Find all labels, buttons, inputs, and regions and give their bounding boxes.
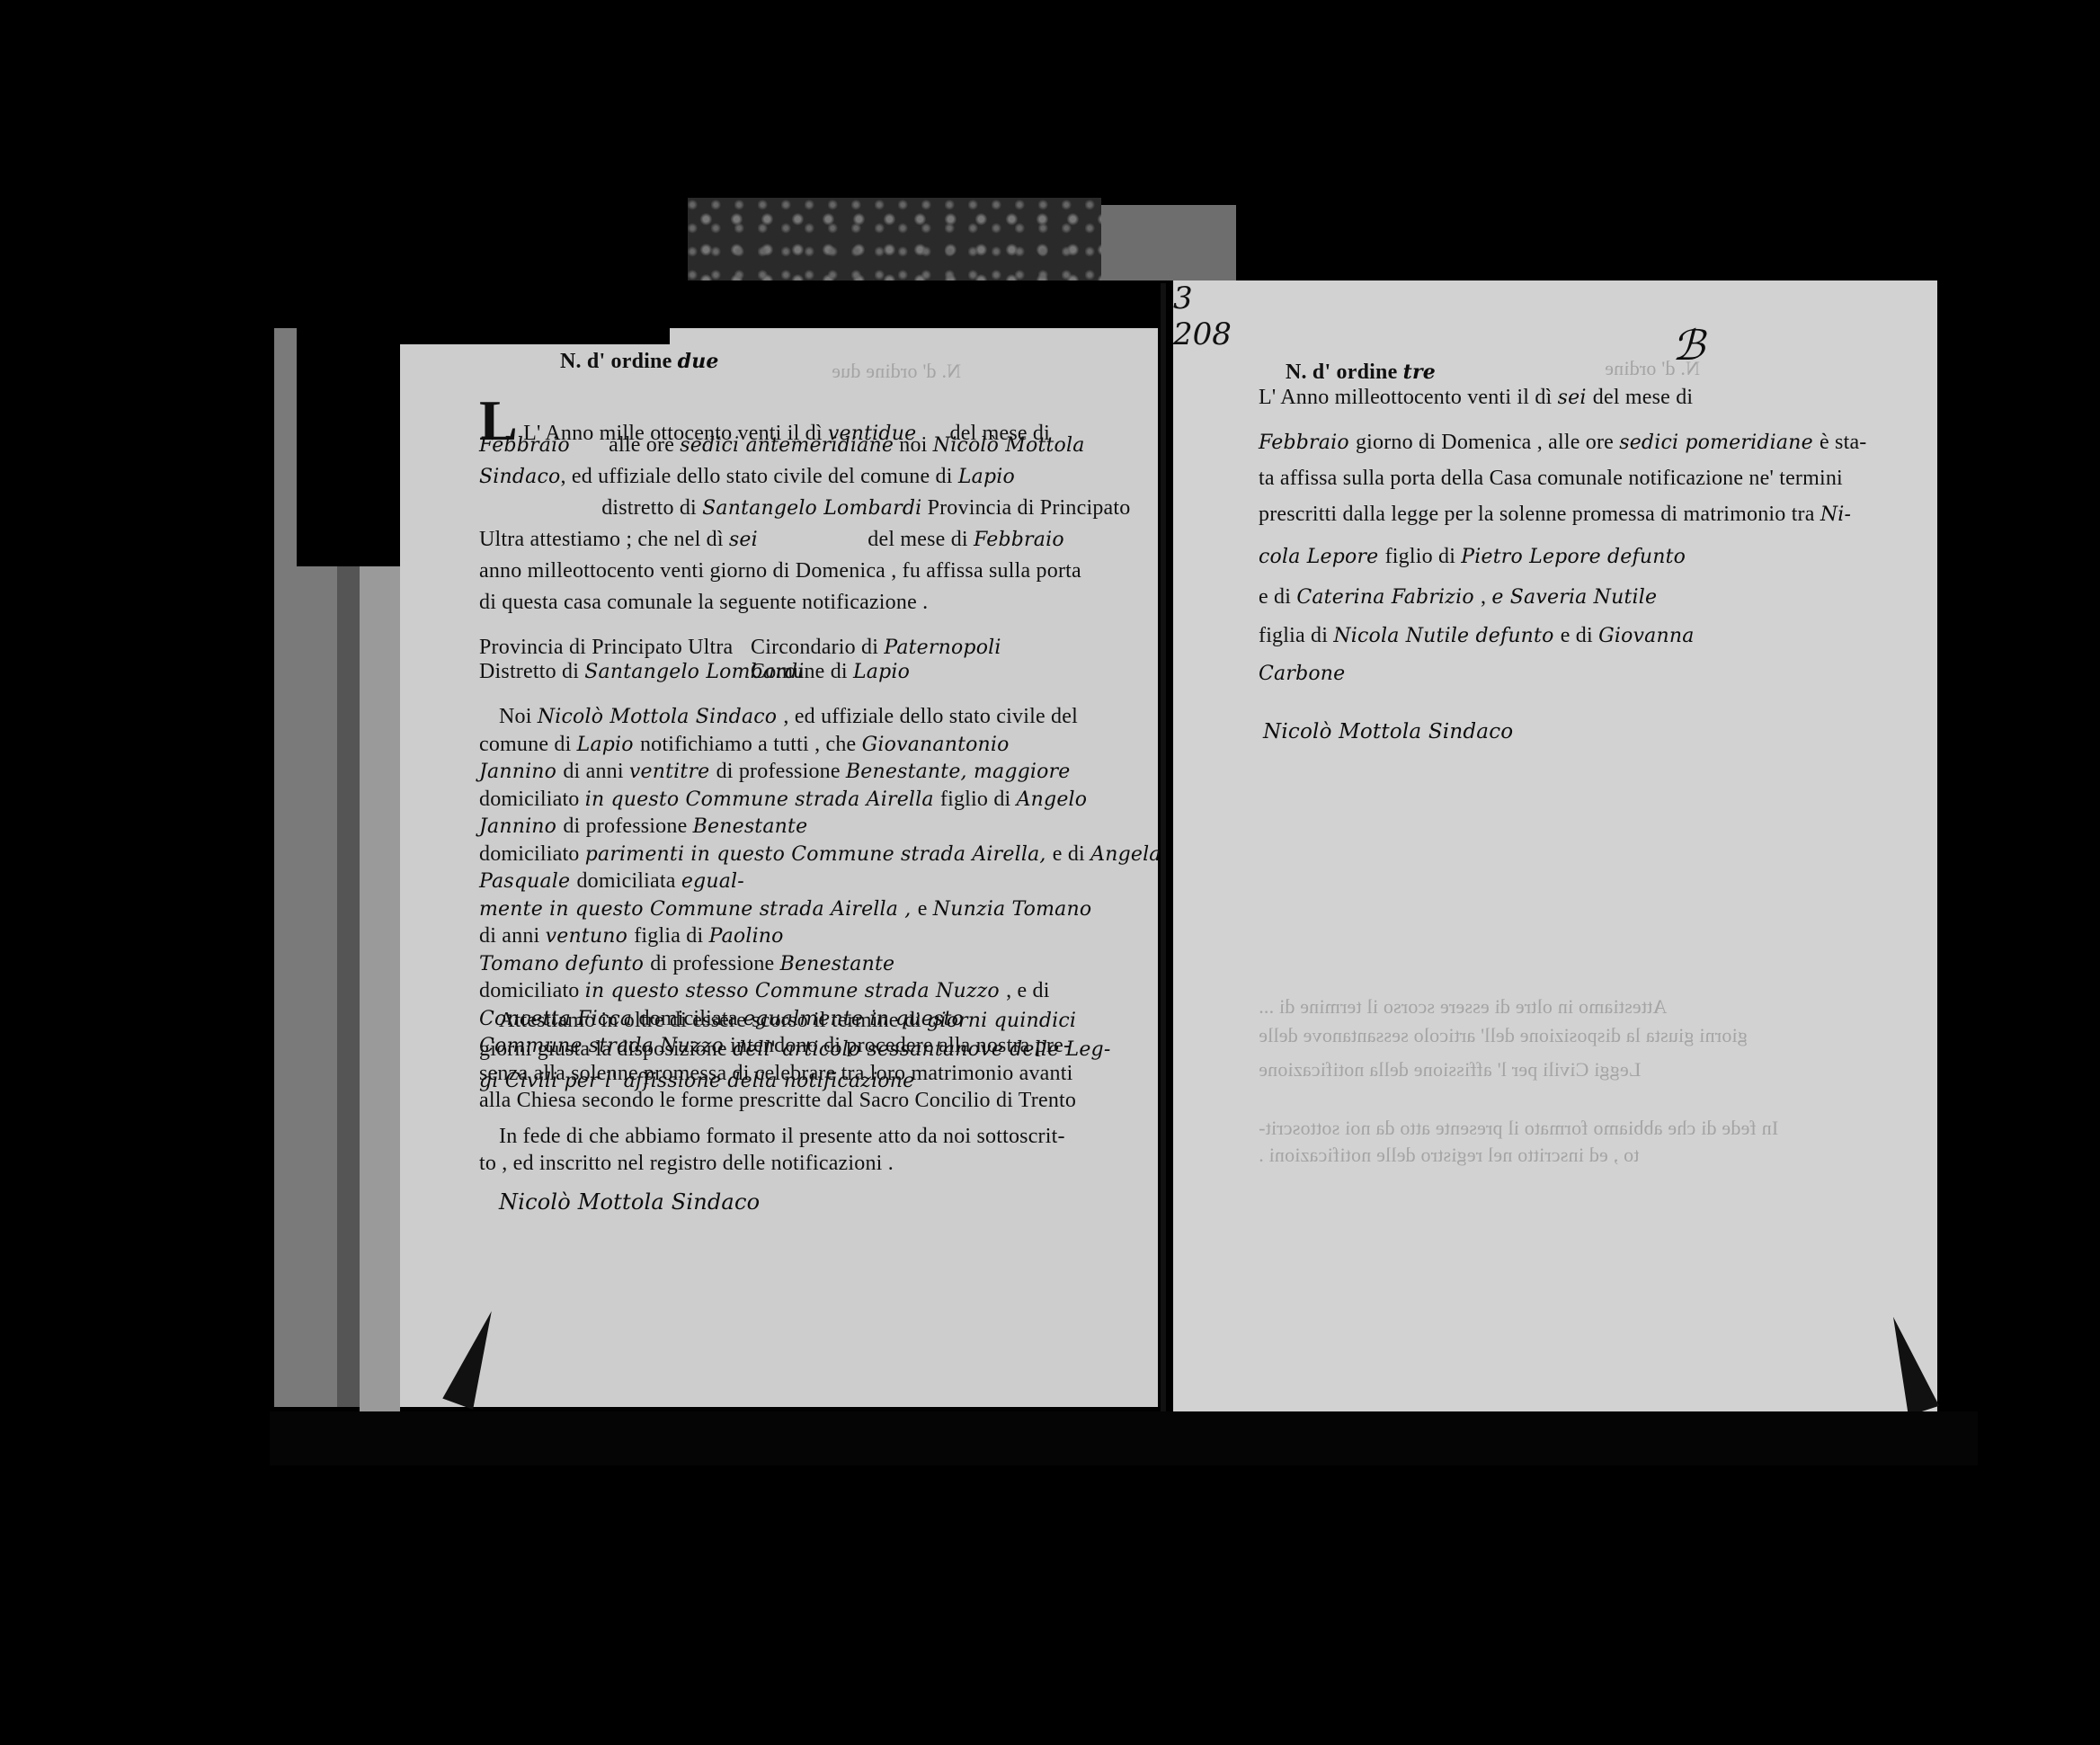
binding-fabric-light (1101, 205, 1236, 280)
handwritten-text: Angelo (1017, 788, 1088, 811)
handwritten-text: cola Lepore (1259, 546, 1385, 568)
handwritten-text: Lapio (577, 734, 640, 756)
attestation-line-1: Attestiamo in oltre di essere scorso il … (499, 1005, 1076, 1037)
handwritten-text: ventitre (629, 761, 716, 783)
printed-text: to , ed inscritto nel registro delle not… (479, 1152, 894, 1175)
printed-text: giorno di Domenica , alle ore (1356, 431, 1619, 454)
printed-text: e di (1053, 842, 1090, 866)
printed-text: In fede di che abbiamo formato il presen… (499, 1125, 1065, 1148)
intro-line-6: anno milleottocento venti giorno di Dome… (479, 556, 1081, 587)
printed-text: di professione (563, 815, 692, 838)
printed-text: domiciliato (479, 788, 585, 811)
handwritten-text: Pietro Lepore defunto (1461, 546, 1686, 568)
printed-text: domiciliato (479, 842, 585, 866)
handwritten-text: sedici antemeridiane (680, 434, 894, 457)
binding-fabric (688, 198, 1101, 280)
left-order-heading: N. d' ordine due (560, 346, 719, 378)
printed-text: Ultra attestiamo ; che nel dì (479, 528, 724, 551)
left-corner-clip (442, 1305, 506, 1410)
bleed-through-line: to , ed inscritto nel registro delle not… (1259, 1139, 1639, 1171)
printed-text: ed uffiziale dello stato civile del comu… (572, 465, 953, 488)
handwritten-text: Carbone (1259, 663, 1345, 685)
handwritten-text: Nicolò Mottola Sindaco (538, 706, 784, 728)
intro-line-2: Febbraio alle ore sedici antemeridiane n… (479, 430, 1085, 461)
attestation-line-2: giorni giusta la disposizione dell' arti… (479, 1034, 1110, 1065)
printed-text: , ed uffiziale dello stato civile del (783, 705, 1078, 728)
handwritten-text: giorni quindici (927, 1010, 1076, 1032)
printed-text: Distretto di (479, 660, 579, 683)
handwritten-text: Angela (1090, 843, 1161, 866)
bleed-through-line: giorni giusta la disposizione dell' arti… (1259, 1019, 1748, 1051)
printed-text: ta affissa sulla porta della Casa comuna… (1259, 467, 1843, 490)
handwritten-text: parimenti in questo Commune strada Airel… (585, 843, 1053, 866)
handwritten-text: Lapio (853, 661, 910, 683)
text-line: prescritti dalla legge per la solenne pr… (1259, 499, 1851, 530)
printed-text: noi (899, 433, 927, 457)
text-line: cola Lepore figlio di Pietro Lepore defu… (1259, 541, 1686, 573)
printed-text: di anni (563, 760, 629, 783)
handwritten-text: Benestante (693, 815, 808, 838)
printed-text: e (918, 897, 933, 921)
handwritten-text: Nicola Nutile defunto (1333, 625, 1560, 647)
intro-line-3: Sindaco, ed uffiziale dello stato civile… (479, 461, 1015, 493)
folio-top: 3 (1173, 280, 1937, 316)
order-value: due (678, 350, 719, 373)
book-spine (1161, 283, 1166, 1416)
folio-number: 208 (1173, 316, 1937, 352)
text-line: L' Anno milleottocento venti il dì sei d… (1259, 382, 1693, 414)
left-bleed-order: N. d' ordine due (832, 355, 961, 387)
printed-text: giorni giusta la disposizione (479, 1037, 727, 1061)
printed-text: è sta- (1820, 431, 1867, 454)
handwritten-text: Jannino (479, 815, 563, 838)
attestation-line-3: gi Civili per l' affissione della notifi… (479, 1065, 914, 1097)
printed-text: Noi (499, 705, 538, 728)
paraph-flourish: ℬ (1672, 330, 1704, 361)
printed-text: e di (1561, 624, 1598, 647)
handwritten-text: ventuno (546, 925, 635, 948)
printed-text: figlia di (634, 924, 708, 948)
handwritten-text: Lapio (958, 466, 1015, 488)
printed-text: figlia di (1259, 624, 1333, 647)
handwritten-text: dell' articolo sessantanove delle Leg- (733, 1038, 1111, 1061)
bleed-through-line: Leggi Civili per l' affissione della not… (1259, 1054, 1641, 1085)
right-signature: Nicolò Mottola Sindaco (1263, 717, 1513, 748)
order-label: N. d' ordine (560, 350, 672, 373)
printed-text: di questa casa comunale la seguente noti… (479, 591, 928, 614)
bleed-through-line: Attestiamo in oltre di essere scorso il … (1259, 991, 1667, 1022)
printed-text: domiciliata (576, 869, 681, 893)
printed-text: domiciliato (479, 979, 585, 1002)
handwritten-text: Caterina Fabrizio (1296, 586, 1481, 609)
handwritten-text: sei (1558, 387, 1593, 409)
handwritten-text: Pasquale (479, 870, 576, 893)
printed-text: e di (1259, 585, 1296, 609)
printed-text: prescritti dalla legge per la solenne pr… (1259, 503, 1820, 526)
order-value: tre (1403, 361, 1436, 384)
printed-text: di professione (716, 760, 846, 783)
printed-text: notifichiamo a tutti , che (640, 733, 862, 756)
handwritten-text: sedici pomeridiane (1619, 432, 1820, 454)
handwritten-text: Nunzia Tomano (933, 898, 1092, 921)
left-signature: Nicolò Mottola Sindaco (499, 1187, 760, 1218)
printed-text: Attestiamo in oltre di essere scorso il … (499, 1009, 921, 1032)
handwritten-text: Jannino (479, 761, 563, 783)
printed-text: figlio di (1385, 545, 1462, 568)
closing-line-2: to , ed inscritto nel registro delle not… (479, 1148, 894, 1180)
left-page: N. d' ordine due N. d' ordine due L L' A… (400, 328, 1158, 1407)
printed-text: Comune di (751, 660, 848, 683)
handwritten-text: sei (729, 529, 758, 551)
text-line: Febbraio giorno di Domenica , alle ore s… (1259, 427, 1867, 459)
text-line: Carbone (1259, 658, 1345, 690)
printed-text: distretto di (601, 496, 697, 520)
handwritten-text: Santangelo Lombardi (702, 497, 921, 520)
handwritten-text: Febbraio (479, 434, 570, 457)
handwritten-text: e Saveria Nutile (1491, 586, 1657, 609)
printed-text: di anni (479, 924, 546, 948)
handwritten-text: Ni- (1820, 503, 1851, 526)
handwritten-text: in questo stesso Commune strada Nuzzo (585, 980, 1006, 1002)
printed-text: Provincia di Principato (928, 496, 1131, 520)
handwritten-text: Benestante (780, 953, 895, 975)
intro-line-5: Ultra attestiamo ; che nel dì sei del me… (479, 524, 1064, 556)
comune-line: Comune di Lapio (751, 656, 910, 688)
bottom-shadow (270, 1411, 1978, 1465)
printed-text: del mese di (868, 528, 968, 551)
printed-text: comune di (479, 733, 577, 756)
handwritten-text: Benestante, maggiore (846, 761, 1071, 783)
right-page: N. d' ordine tre N. d' ordine ℬ 3 208 L'… (1173, 280, 1937, 1413)
order-label: N. d' ordine (1286, 361, 1397, 384)
handwritten-text: Sindaco (479, 466, 560, 488)
handwritten-text: Febbraio (974, 529, 1064, 551)
printed-text: figlio di (940, 788, 1017, 811)
printed-text: alle ore (609, 433, 674, 457)
handwritten-text: Paolino (709, 925, 784, 948)
text-line: e di Caterina Fabrizio , e Saveria Nutil… (1259, 582, 1657, 613)
handwritten-text: in questo Commune strada Airella (585, 788, 940, 811)
printed-text: di professione (650, 952, 779, 975)
handwritten-text: gi Civili per l' affissione della notifi… (479, 1070, 914, 1092)
handwritten-text: mente in questo Commune strada Airella , (479, 898, 918, 921)
handwritten-text: Giovanna (1598, 625, 1694, 647)
printed-text: L' Anno milleottocento venti il dì (1259, 386, 1558, 409)
handwritten-text: Tomano defunto (479, 953, 650, 975)
handwritten-text: egual- (681, 870, 744, 893)
printed-text: del mese di (1593, 386, 1694, 409)
printed-text: , e di (1006, 979, 1050, 1002)
handwritten-text: Febbraio (1259, 432, 1356, 454)
printed-text: , (1481, 585, 1491, 609)
printed-text: anno milleottocento venti giorno di Dome… (479, 559, 1081, 583)
intro-line-4: distretto di Santangelo Lombardi Provinc… (479, 493, 1130, 524)
right-corner-clip (1878, 1312, 1939, 1416)
text-line: ta affissa sulla porta della Casa comuna… (1259, 463, 1843, 494)
handwritten-text: Giovanantonio (862, 734, 1010, 756)
handwritten-text: Nicolò Mottola (933, 434, 1085, 457)
text-line: figlia di Nicola Nutile defunto e di Gio… (1259, 620, 1695, 652)
left-page-torn-edge (400, 328, 670, 344)
intro-line-7: di questa casa comunale la seguente noti… (479, 587, 928, 619)
